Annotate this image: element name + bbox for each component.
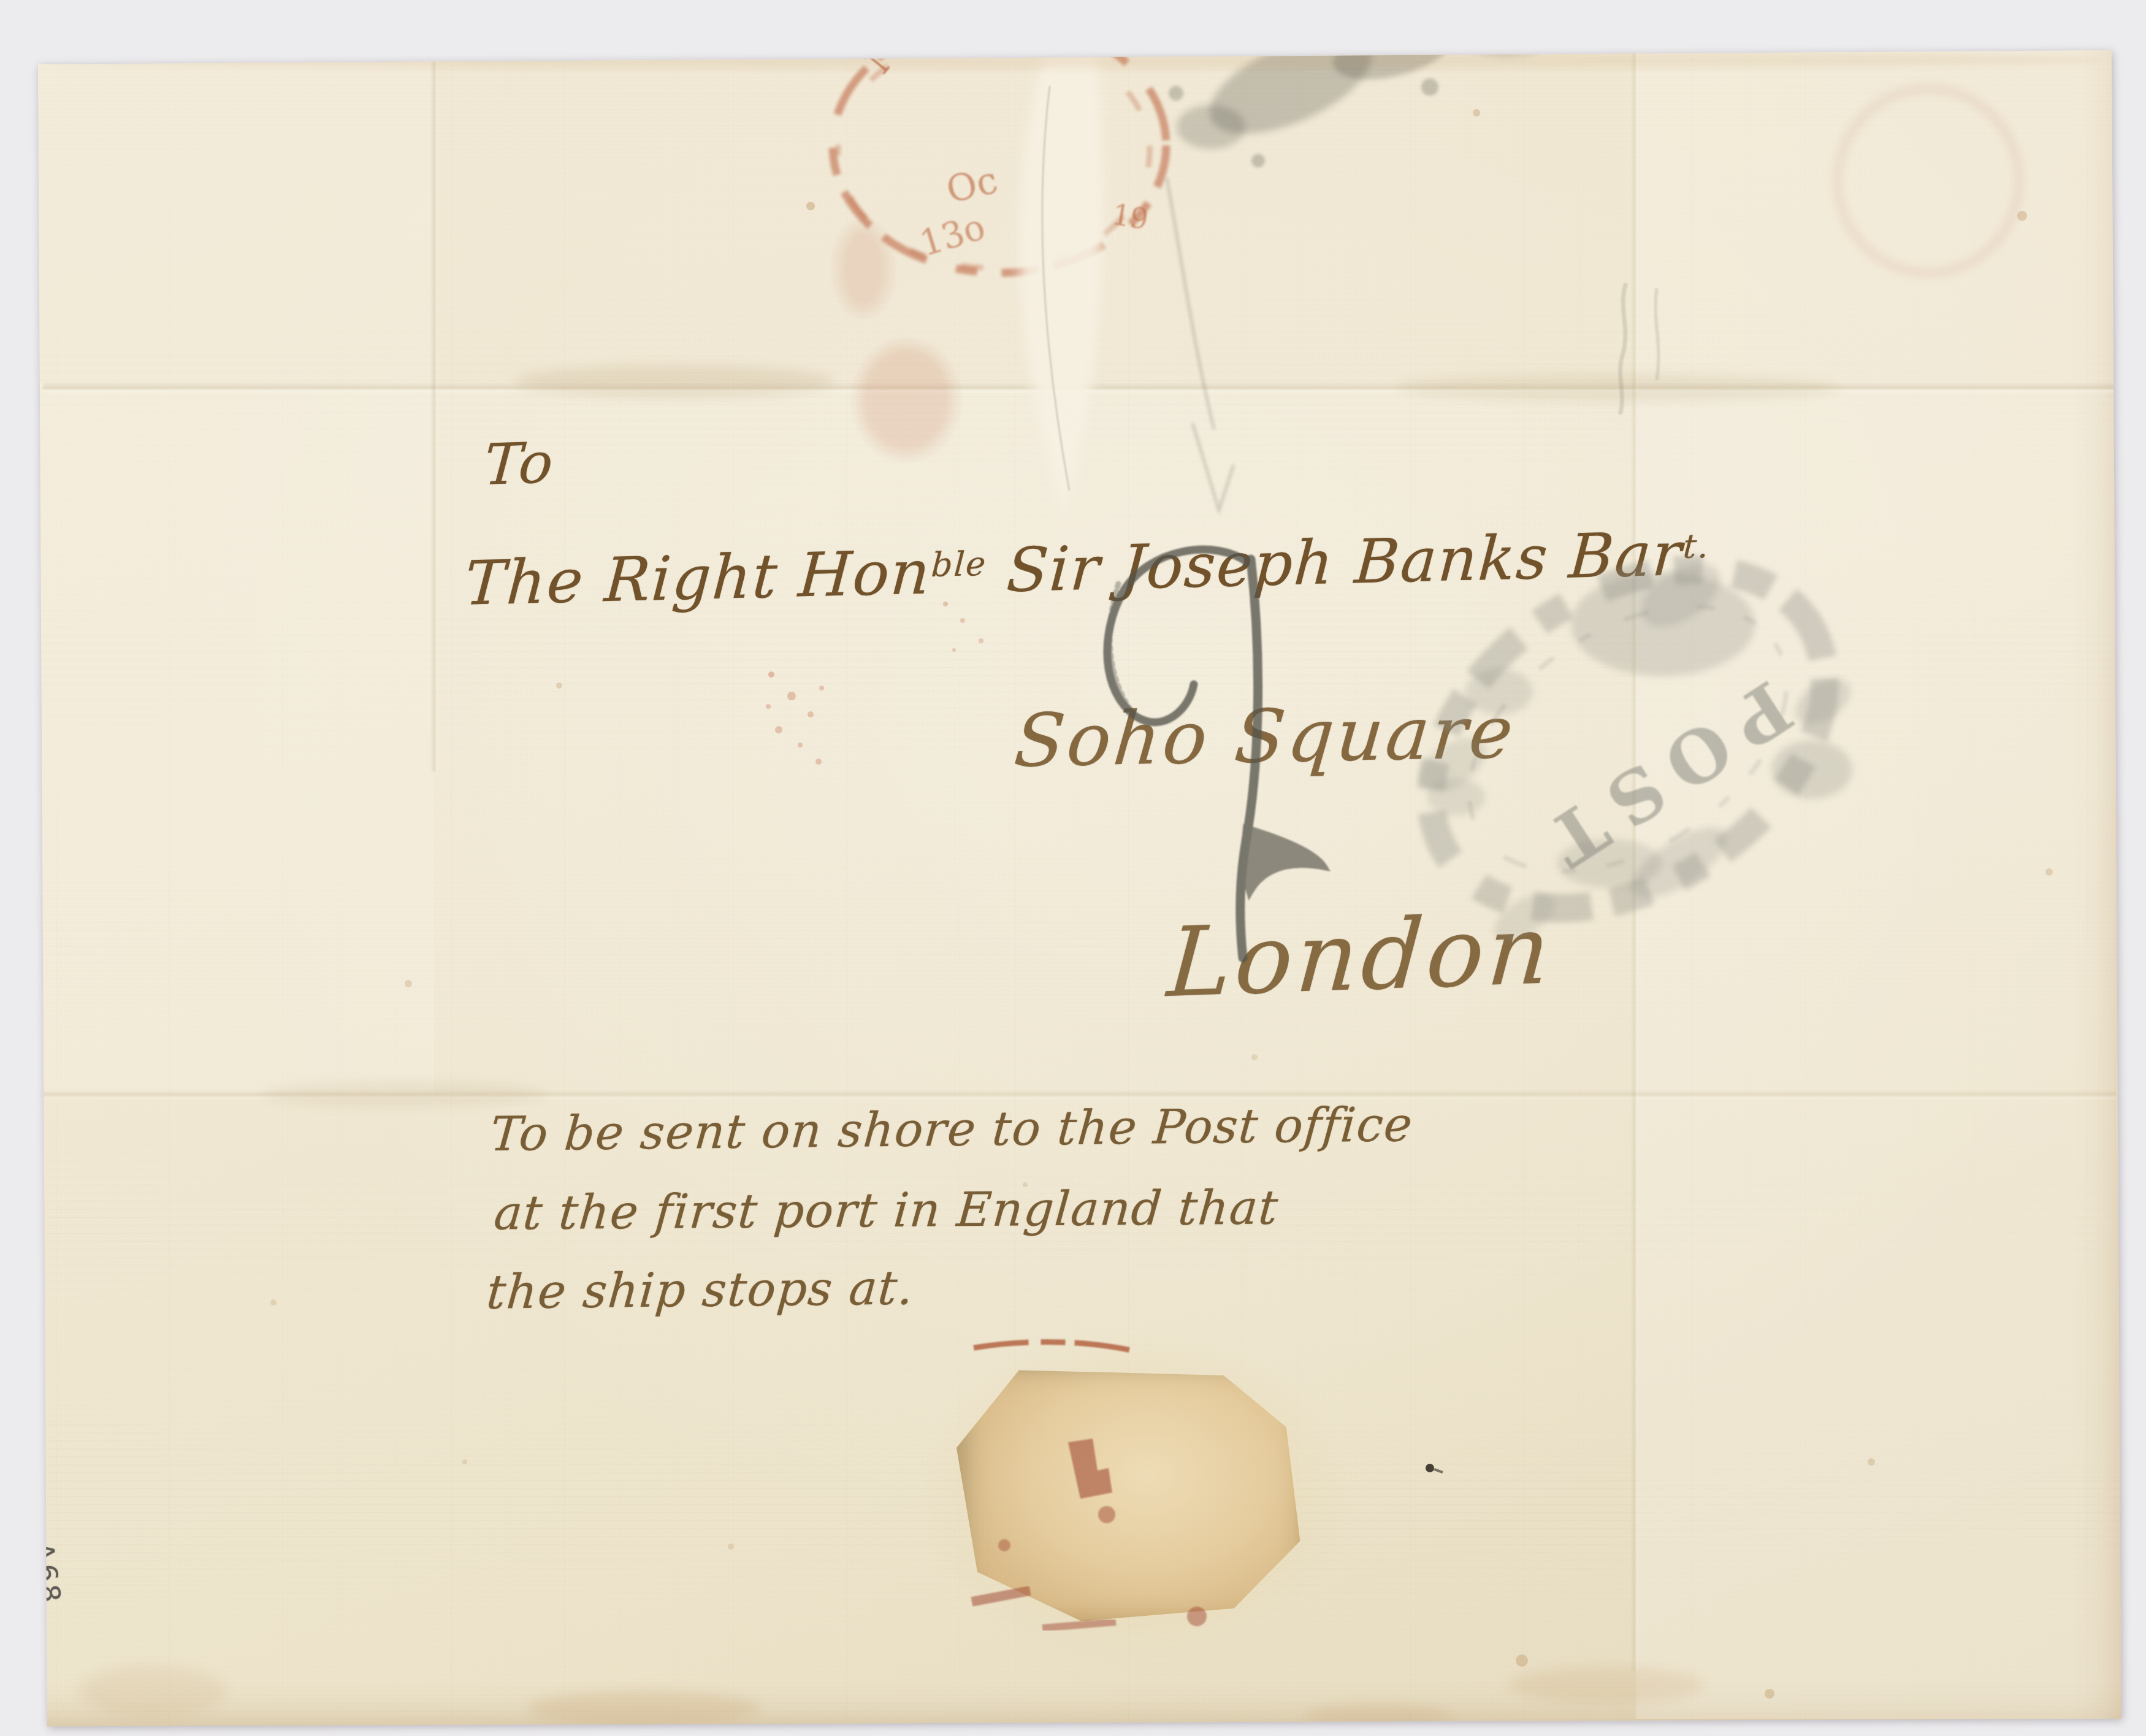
gray-ink-traces [1620, 283, 1659, 415]
ink-spot [1426, 1464, 1443, 1472]
rate-mark-2 [1107, 549, 1324, 958]
red-datestamp-fragment-oc: Oc [942, 159, 1002, 213]
red-datestamp-fragment-19: 19 [1110, 198, 1150, 236]
ghost-stamp-offset [1838, 89, 2019, 273]
red-datestamp-fragment-13o: 13o [915, 207, 990, 264]
red-ink-smudge [858, 345, 954, 455]
postal-markings-overlay: N·P·CTO Oc 13o 19 [0, 0, 2146, 1736]
wax-red-marks [972, 1342, 1207, 1628]
letter-address-leaf: To The Right Honble Sir Joseph Banks Bar… [0, 0, 2146, 1736]
red-speckles [766, 602, 983, 765]
black-ink-smudge [1169, 10, 1543, 167]
foxing-spots [270, 109, 2053, 1699]
scan-background: To The Right Honble Sir Joseph Banks Bar… [0, 0, 2146, 1736]
red-ink-smudge [838, 224, 889, 313]
paper-wrap: To The Right Honble Sir Joseph Banks Bar… [0, 0, 2146, 1736]
